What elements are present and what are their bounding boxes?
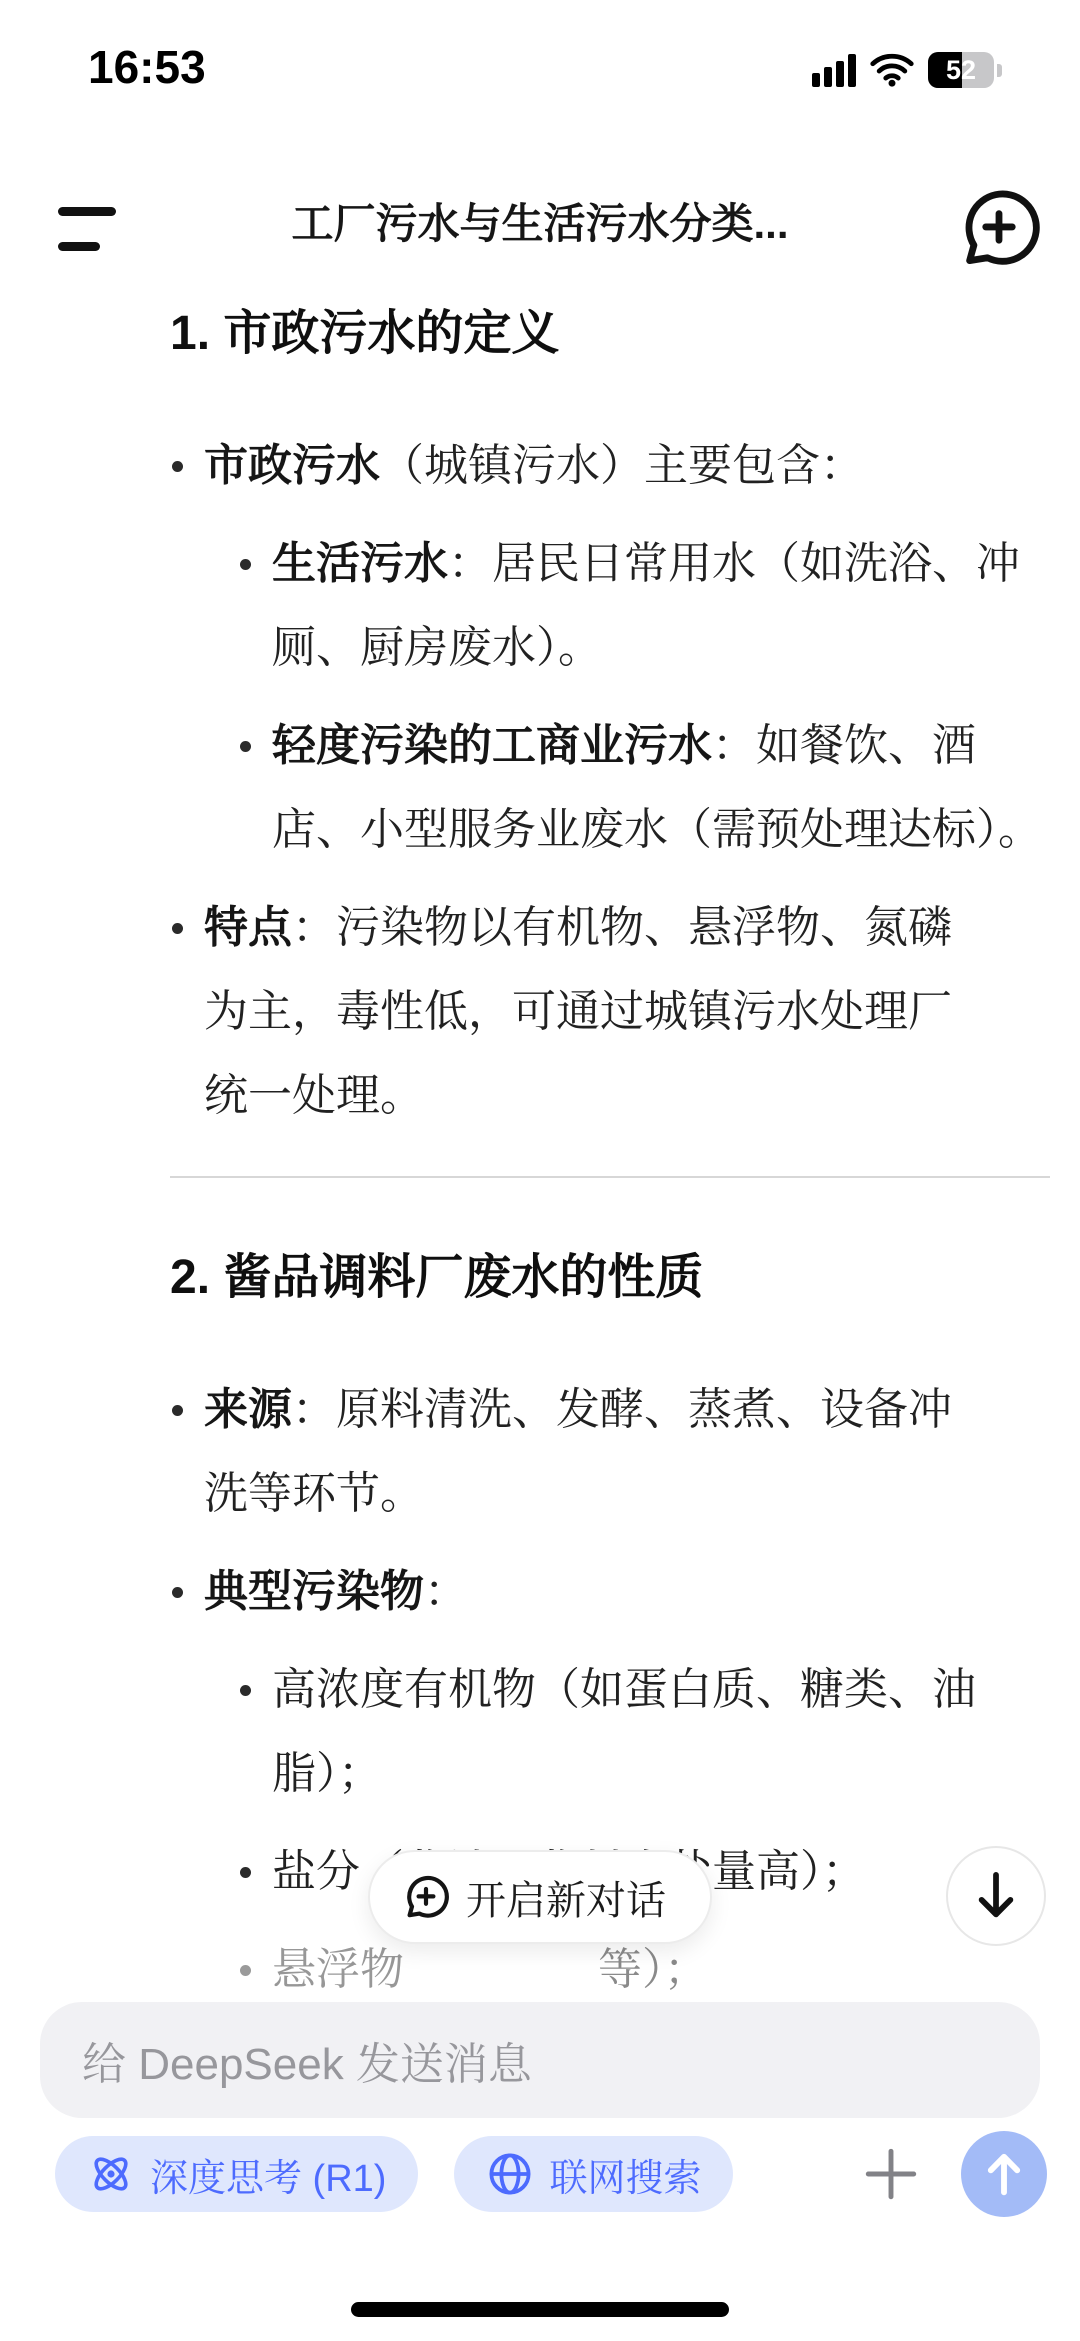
bullet-marker xyxy=(170,886,204,1138)
bullet-item: 市政污水（城镇污水）主要包含： xyxy=(170,424,1050,508)
cellular-signal-icon xyxy=(812,53,856,87)
app-header: 工厂污水与生活污水分类... xyxy=(0,185,1080,285)
section-divider xyxy=(170,1176,1050,1178)
bullet-text: 轻度污染的工商业污水：如餐饮、酒 店、小型服务业废水（需预处理达标）。 xyxy=(272,704,1042,872)
bullet-text: 典型污染物： xyxy=(204,1550,468,1634)
new-chat-bubble-plus-icon xyxy=(956,185,1042,271)
globe-icon xyxy=(486,2150,534,2198)
web-search-toggle[interactable]: 联网搜索 xyxy=(454,2136,733,2212)
section-heading: 1. 市政污水的定义 xyxy=(170,302,1050,366)
sidebar-menu-button[interactable] xyxy=(58,199,122,259)
assistant-message: 1. 市政污水的定义市政污水（城镇污水）主要包含：生活污水：居民日常用水（如洗浴… xyxy=(0,288,1080,1998)
message-input-placeholder: 给 DeepSeek 发送消息 xyxy=(82,2028,532,2092)
home-indicator[interactable] xyxy=(351,2302,729,2317)
conversation-title: 工厂污水与生活污水分类... xyxy=(180,191,900,251)
scroll-to-bottom-button[interactable] xyxy=(946,1846,1046,1946)
bullet-item: 高浓度有机物（如蛋白质、糖类、油 脂）； xyxy=(170,1648,1050,1816)
deep-think-label: 深度思考 (R1) xyxy=(150,2147,386,2202)
bullet-text: 来源：原料清洗、发酵、蒸煮、设备冲 洗等环节。 xyxy=(204,1368,952,1536)
deep-think-toggle[interactable]: 深度思考 (R1) xyxy=(55,2136,418,2212)
new-chat-bubble-plus-icon xyxy=(402,1873,450,1921)
composer-actions: 深度思考 (R1) 联网搜索 xyxy=(55,2131,1047,2217)
bullet-marker xyxy=(238,522,272,690)
battery-percent: 52 xyxy=(928,52,994,88)
bullet-item: 生活污水：居民日常用水（如洗浴、冲 厕、厨房废水）。 xyxy=(170,522,1050,690)
attach-button[interactable] xyxy=(859,2142,923,2206)
bullet-text: 市政污水（城镇污水）主要包含： xyxy=(204,424,864,508)
plus-icon xyxy=(860,2143,922,2205)
bullet-item: 来源：原料清洗、发酵、蒸煮、设备冲 洗等环节。 xyxy=(170,1368,1050,1536)
bullet-text: 高浓度有机物（如蛋白质、糖类、油 脂）； xyxy=(272,1648,976,1816)
start-new-chat-label: 开启新对话 xyxy=(466,1869,666,1926)
deepseek-app-screen: 16:53 52 工厂污水与生活污水分类... 1 xyxy=(0,0,1080,2341)
status-icons: 52 xyxy=(812,52,1002,88)
bullet-marker xyxy=(170,1368,204,1536)
bullet-marker xyxy=(238,1648,272,1816)
bullet-item: 轻度污染的工商业污水：如餐饮、酒 店、小型服务业废水（需预处理达标）。 xyxy=(170,704,1050,872)
start-new-chat-button[interactable]: 开启新对话 xyxy=(368,1850,712,1944)
bullet-item: 典型污染物： xyxy=(170,1550,1050,1634)
bullet-text: 特点：污染物以有机物、悬浮物、氮磷 为主，毒性低，可通过城镇污水处理厂 统一处理… xyxy=(204,886,952,1138)
bullet-marker xyxy=(170,1550,204,1634)
bullet-text: 悬浮物等）； xyxy=(272,1928,404,1998)
bullet-text: 生活污水：居民日常用水（如洗浴、冲 厕、厨房废水）。 xyxy=(272,522,1020,690)
bullet-marker xyxy=(170,424,204,508)
message-input[interactable]: 给 DeepSeek 发送消息 xyxy=(40,2002,1040,2118)
bullet-item: 特点：污染物以有机物、悬浮物、氮磷 为主，毒性低，可通过城镇污水处理厂 统一处理… xyxy=(170,886,1050,1138)
status-bar: 16:53 52 xyxy=(0,0,1080,130)
atom-icon xyxy=(87,2150,135,2198)
send-button[interactable] xyxy=(961,2131,1047,2217)
battery-indicator: 52 xyxy=(928,52,994,88)
wifi-icon xyxy=(870,53,914,87)
bullet-marker xyxy=(238,704,272,872)
bullet-marker xyxy=(238,1830,272,1914)
section-heading: 2. 酱品调料厂废水的性质 xyxy=(170,1246,1050,1310)
new-chat-button[interactable] xyxy=(956,185,1042,271)
up-arrow-icon xyxy=(982,2150,1026,2198)
status-time: 16:53 xyxy=(88,40,206,94)
battery-cap xyxy=(997,64,1002,77)
bullet-marker xyxy=(238,1928,272,1998)
web-search-label: 联网搜索 xyxy=(549,2147,701,2202)
down-arrow-icon xyxy=(973,1871,1019,1921)
